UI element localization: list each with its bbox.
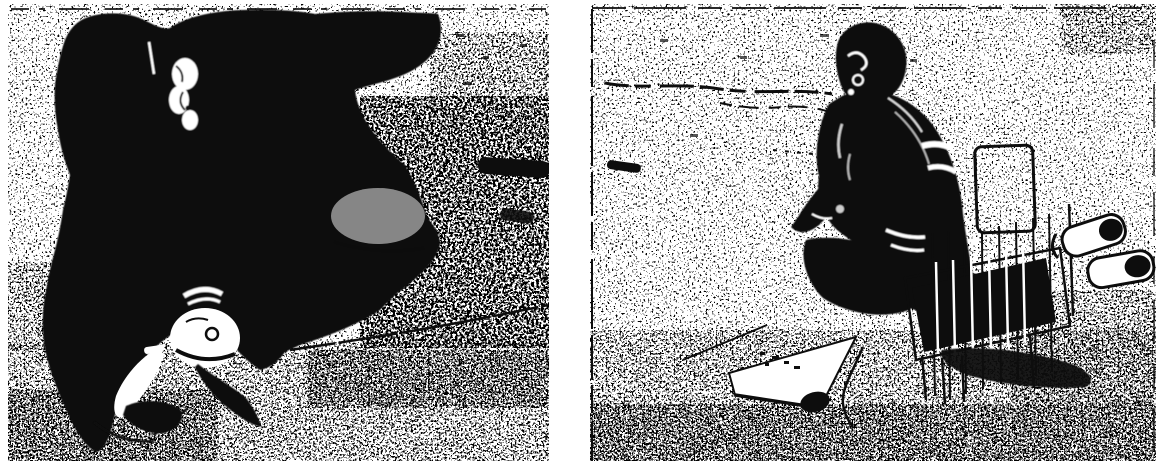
diving-helmet <box>170 308 240 368</box>
photo-left-figure <box>8 4 549 461</box>
photo-left-image <box>8 4 549 461</box>
photo-right-image <box>590 4 1156 461</box>
photo-right-figure <box>590 4 1156 461</box>
scanned-page <box>0 0 1157 461</box>
